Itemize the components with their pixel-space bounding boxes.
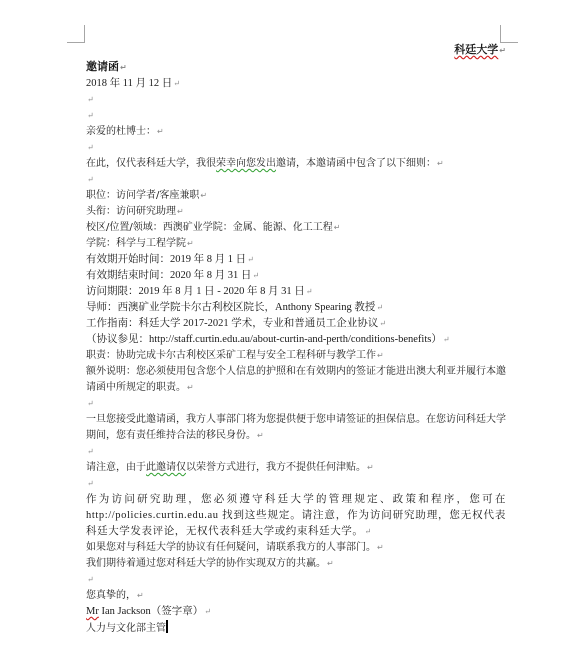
paragraph-mark: ↵ <box>157 127 164 136</box>
paragraph-mark: ↵ <box>87 175 94 184</box>
detail-duties: 职责：协助完成卡尔古利校区采矿工程与安全工程科研与教学工作↵ <box>86 348 506 364</box>
paragraph-mark: ↵ <box>87 95 94 104</box>
sign-off: 您真挚的，↵ <box>86 588 506 604</box>
signer-name-text: Ian Jackson（签字章） <box>99 606 203 617</box>
paragraph-mark: ↵ <box>87 399 94 408</box>
detail-period: 访问期限：2019 年 8 月 1 日 - 2020 年 8 月 31 日↵ <box>86 284 506 300</box>
paragraph-mark: ↵ <box>187 383 194 392</box>
note-text: 请注意，由于 <box>86 462 146 473</box>
paragraph-mark: ↵ <box>204 607 211 616</box>
paragraph-mark: ↵ <box>87 447 94 456</box>
visa-text: 一旦您接受此邀请函，我方人事部门将为您提供便于您申请签证的担保信息。在您访问科廷… <box>86 414 506 441</box>
detail-text: 职责：协助完成卡尔古利校区采矿工程与安全工程科研与教学工作 <box>86 350 376 361</box>
blank-line: ↵ <box>86 140 506 156</box>
detail-text: 额外说明：您必须使用包含您个人信息的护照和在有效期内的签证才能进出澳大利亚并履行… <box>86 366 506 393</box>
paragraph-mark: ↵ <box>379 319 386 328</box>
paragraph-mark: ↵ <box>257 431 264 440</box>
greeting: 亲爱的杜博士：↵ <box>86 124 506 140</box>
detail-text: 工作指南：科廷大学 2017-2021 学术，专业和普通员工企业协议 <box>86 318 378 329</box>
detail-guide-reference: （协议参见：http://staff.curtin.edu.au/about-c… <box>86 332 506 348</box>
blank-line: ↵ <box>86 92 506 108</box>
blank-line: ↵ <box>86 572 506 588</box>
university-header: 科廷大学↵ <box>86 42 506 59</box>
policy-paragraph: 作为访问研究助理，您必须遵守科廷大学的管理规定、政策和程序，您可在 http:/… <box>86 492 506 540</box>
paragraph-mark: ↵ <box>367 463 374 472</box>
paragraph-mark: ↵ <box>87 479 94 488</box>
paragraph-mark: ↵ <box>327 559 334 568</box>
detail-position: 职位：访问学者/客座兼职↵ <box>86 188 506 204</box>
signer-role: 人力与文化部主管 <box>86 620 506 637</box>
paragraph-mark: ↵ <box>173 79 180 88</box>
paragraph-mark: ↵ <box>306 287 313 296</box>
detail-extra: 额外说明：您必须使用包含您个人信息的护照和在有效期内的签证才能进出澳大利亚并履行… <box>86 364 506 396</box>
contact-paragraph: 如果您对与科廷大学的协议有任何疑问，请联系我方的人事部门。↵ <box>86 540 506 556</box>
paragraph-mark: ↵ <box>437 159 444 168</box>
paragraph-mark: ↵ <box>376 303 383 312</box>
detail-text: 导师：西澳矿业学院卡尔古利校区院长，Anthony Spearing 教授 <box>86 302 375 313</box>
document-page[interactable]: 科廷大学↵ 邀请函↵ 2018 年 11 月 12 日↵ ↵ ↵ 亲爱的杜博士：… <box>0 0 584 658</box>
paragraph-mark: ↵ <box>247 255 254 264</box>
paragraph-mark: ↵ <box>200 191 207 200</box>
paragraph-mark: ↵ <box>252 271 259 280</box>
intro-text: 邀请，本邀请函中包含了以下细则： <box>276 158 436 169</box>
paragraph-mark: ↵ <box>177 207 184 216</box>
detail-text: 学院：科学与工程学院 <box>86 238 186 249</box>
paragraph-mark: ↵ <box>120 63 127 72</box>
detail-text: 校区/位置/领域：西澳矿业学院：金属、能源、化工工程 <box>86 222 333 233</box>
intro-text: 在此，仅代表科廷大学，我很 <box>86 158 216 169</box>
spell-flagged-text[interactable]: Mr <box>86 606 99 617</box>
note-paragraph: 请注意，由于此邀请仅以荣誉方式进行，我方不提供任何津贴。↵ <box>86 460 506 476</box>
blank-line: ↵ <box>86 396 506 412</box>
detail-campus: 校区/位置/领域：西澳矿业学院：金属、能源、化工工程↵ <box>86 220 506 236</box>
detail-faculty: 学院：科学与工程学院↵ <box>86 236 506 252</box>
sign-off-text: 您真挚的， <box>86 590 136 601</box>
signer-role-text: 人力与文化部主管 <box>86 623 166 634</box>
blank-line: ↵ <box>86 108 506 124</box>
detail-text: 有效期开始时间：2019 年 8 月 1 日 <box>86 254 246 265</box>
letter-date-text: 2018 年 11 月 12 日 <box>86 78 172 89</box>
intro-paragraph: 在此，仅代表科廷大学，我很荣幸向您发出邀请，本邀请函中包含了以下细则：↵ <box>86 156 506 172</box>
paragraph-mark: ↵ <box>334 223 341 232</box>
paragraph-mark: ↵ <box>377 543 384 552</box>
letter-date: 2018 年 11 月 12 日↵ <box>86 76 506 92</box>
letter-title-text: 邀请函 <box>86 60 119 73</box>
grammar-flagged-text[interactable]: 此邀请仅 <box>146 462 186 473</box>
blank-line: ↵ <box>86 476 506 492</box>
paragraph-mark: ↵ <box>87 143 94 152</box>
paragraph-mark: ↵ <box>377 351 384 360</box>
detail-title: 头衔：访问研究助理↵ <box>86 204 506 220</box>
contact-text: 如果您对与科廷大学的协议有任何疑问，请联系我方的人事部门。 <box>86 542 376 553</box>
letter-title: 邀请函↵ <box>86 59 506 76</box>
detail-text: （协议参见：http://staff.curtin.edu.au/about-c… <box>86 334 442 345</box>
closing-wish: 我们期待着通过您对科廷大学的协作实现双方的共赢。↵ <box>86 556 506 572</box>
detail-guide: 工作指南：科廷大学 2017-2021 学术，专业和普通员工企业协议↵ <box>86 316 506 332</box>
policy-text: 作为访问研究助理，您必须遵守科廷大学的管理规定、政策和程序，您可在 http:/… <box>86 494 506 537</box>
top-right-margin-mark <box>500 25 518 43</box>
text-cursor <box>166 620 168 633</box>
closing-wish-text: 我们期待着通过您对科廷大学的协作实现双方的共赢。 <box>86 558 326 569</box>
detail-text: 头衔：访问研究助理 <box>86 206 176 217</box>
university-name: 科廷大学 <box>454 43 498 56</box>
paragraph-mark: ↵ <box>187 239 194 248</box>
paragraph-mark: ↵ <box>499 46 506 55</box>
paragraph-mark: ↵ <box>137 591 144 600</box>
signer-name: Mr Ian Jackson（签字章）↵ <box>86 604 506 620</box>
blank-line: ↵ <box>86 172 506 188</box>
detail-text: 职位：访问学者/客座兼职 <box>86 190 199 201</box>
detail-end: 有效期结束时间：2020 年 8 月 31 日↵ <box>86 268 506 284</box>
detail-text: 有效期结束时间：2020 年 8 月 31 日 <box>86 270 251 281</box>
detail-start: 有效期开始时间：2019 年 8 月 1 日↵ <box>86 252 506 268</box>
top-left-margin-mark <box>67 25 85 43</box>
detail-supervisor: 导师：西澳矿业学院卡尔古利校区院长，Anthony Spearing 教授↵ <box>86 300 506 316</box>
paragraph-mark: ↵ <box>87 575 94 584</box>
greeting-text: 亲爱的杜博士： <box>86 126 156 137</box>
paragraph-mark: ↵ <box>87 111 94 120</box>
note-text: 以荣誉方式进行，我方不提供任何津贴。 <box>186 462 366 473</box>
letter-body[interactable]: 科廷大学↵ 邀请函↵ 2018 年 11 月 12 日↵ ↵ ↵ 亲爱的杜博士：… <box>86 42 506 637</box>
paragraph-mark: ↵ <box>443 335 450 344</box>
visa-paragraph: 一旦您接受此邀请函，我方人事部门将为您提供便于您申请签证的担保信息。在您访问科廷… <box>86 412 506 444</box>
detail-text: 访问期限：2019 年 8 月 1 日 - 2020 年 8 月 31 日 <box>86 286 305 297</box>
grammar-flagged-text[interactable]: 荣幸向您发出 <box>216 158 276 169</box>
paragraph-mark: ↵ <box>365 527 372 536</box>
blank-line: ↵ <box>86 444 506 460</box>
